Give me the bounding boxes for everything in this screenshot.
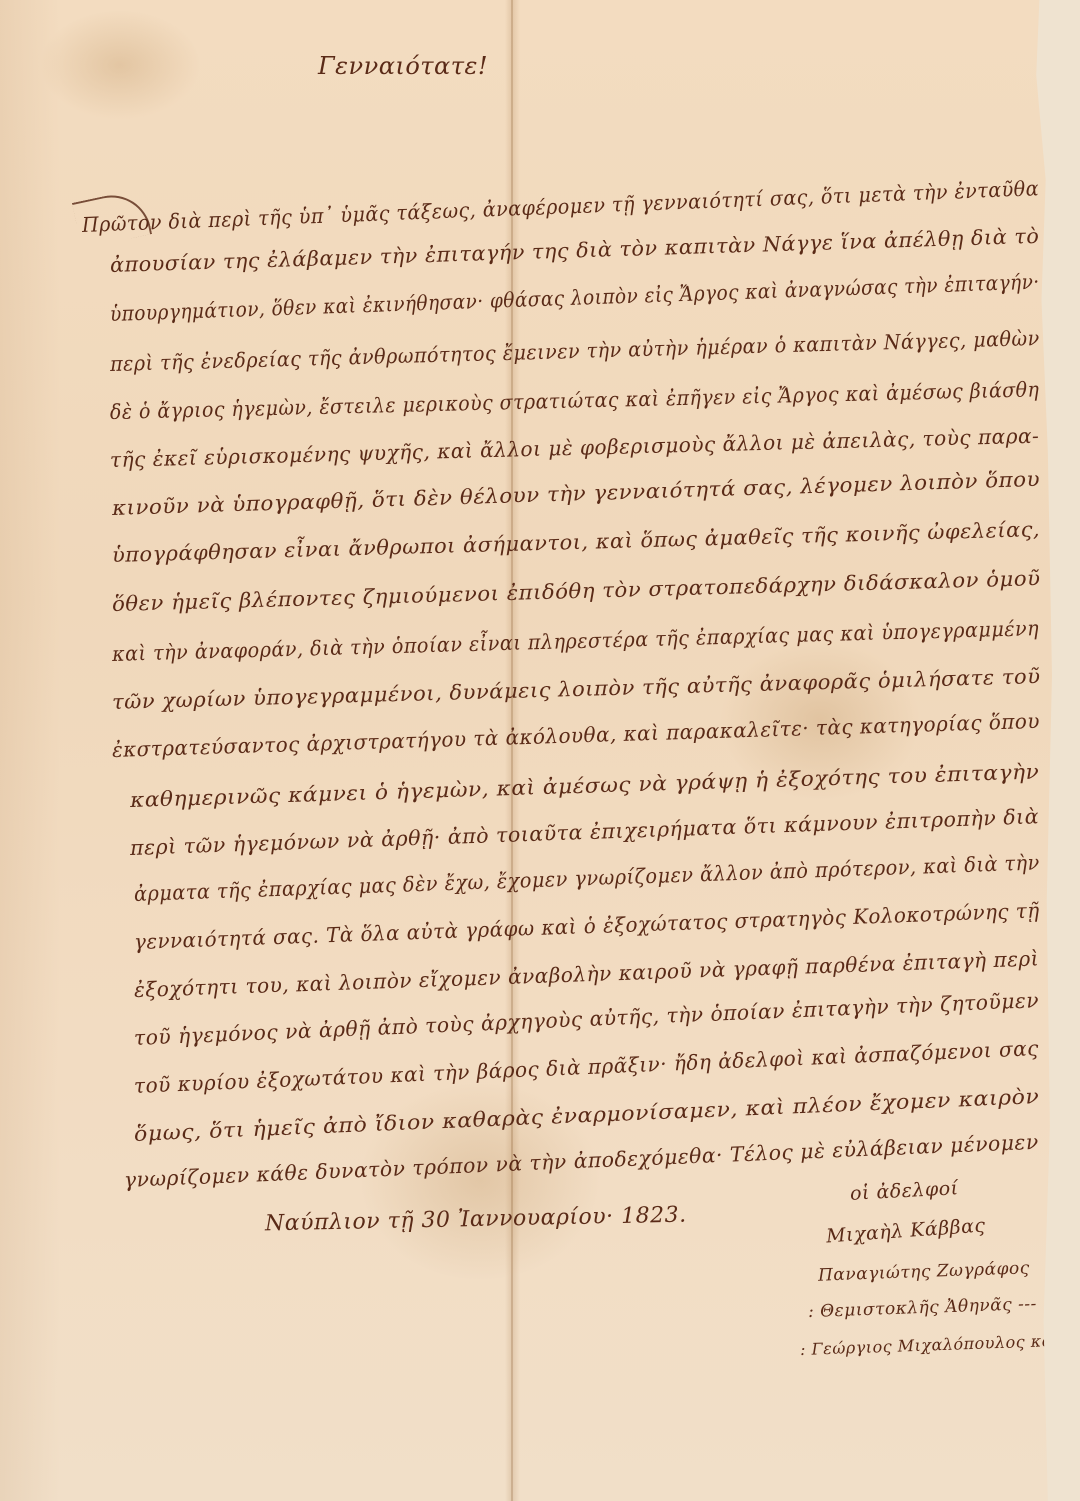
letter-line: καὶ τὴν ἀναφοράν, διὰ τὴν ὁποίαν εἶναι π… — [112, 616, 1040, 666]
letter-line: ἀπουσίαν της ἐλάβαμεν τὴν ἐπιταγήν της δ… — [110, 224, 1040, 277]
signatory-4: : Γεώργιος Μιχαλόπουλος καὶ οἱ λοιποί — [800, 1328, 1080, 1359]
letter-line: ἀρματα τῆς ἐπαρχίας μας δὲν ἔχω, ἔχομεν … — [134, 850, 1041, 906]
letter-page: Γενναιότατε! Πρῶτον διὰ περὶ τῆς ὑπ᾽ ὑμᾶ… — [0, 0, 1052, 1501]
closing: οἱ ἀδελφοί — [849, 1177, 959, 1205]
paper-fold-line — [511, 0, 513, 1501]
signatory-2: Παναγιώτης Ζωγράφος — [818, 1258, 1030, 1285]
letter-line: ὑπογράφθησαν εἶναι ἄνθρωποι ἀσήμαντοι, κ… — [112, 517, 1041, 567]
letter-line: τῆς ἐκεῖ εὑρισκομένης ψυχῆς, καὶ ἄλλοι μ… — [110, 424, 1040, 472]
salutation: Γενναιότατε! — [318, 52, 488, 80]
letter-line: περὶ τῆς ἐνεδρείας τῆς ἀνθρωπότητος ἔμει… — [110, 326, 1040, 376]
letter-line: κινοῦν νὰ ὑπογραφθῇ, ὅτι δὲν θέλουν τὴν … — [112, 467, 1041, 520]
paper-stain — [40, 10, 200, 120]
signatory-1: Μιχαὴλ Κάββας — [825, 1214, 986, 1247]
letter-line: δὲ ὁ ἄγριος ἡγεμὼν, ἔστειλε μερικοὺς στρ… — [110, 377, 1040, 424]
letter-line: περὶ τῶν ἡγεμόνων νὰ ἀρθῇ· ἀπὸ τοιαῦτα ἐ… — [130, 804, 1040, 860]
letter-line: καθημερινῶς κάμνει ὁ ἡγεμὼν, καὶ ἀμέσως … — [130, 759, 1040, 812]
letter-line: ὅθεν ἡμεῖς βλέποντες ζημιούμενοι ἐπιδόθη… — [112, 566, 1041, 616]
letter-line: ὑπουργημάτιον, ὅθεν καὶ ἐκινήθησαν· φθάσ… — [110, 270, 1040, 326]
letter-line: γενναιότητά σας. Τὰ ὅλα αὐτὰ γράφω καὶ ὁ… — [134, 898, 1040, 954]
signatory-3: : Θεμιστοκλῆς Ἀθηνᾶς --- — [808, 1294, 1037, 1322]
place-and-date: Ναύπλιον τῇ 30 Ἰαννουαρίου· 1823. — [265, 1203, 687, 1237]
